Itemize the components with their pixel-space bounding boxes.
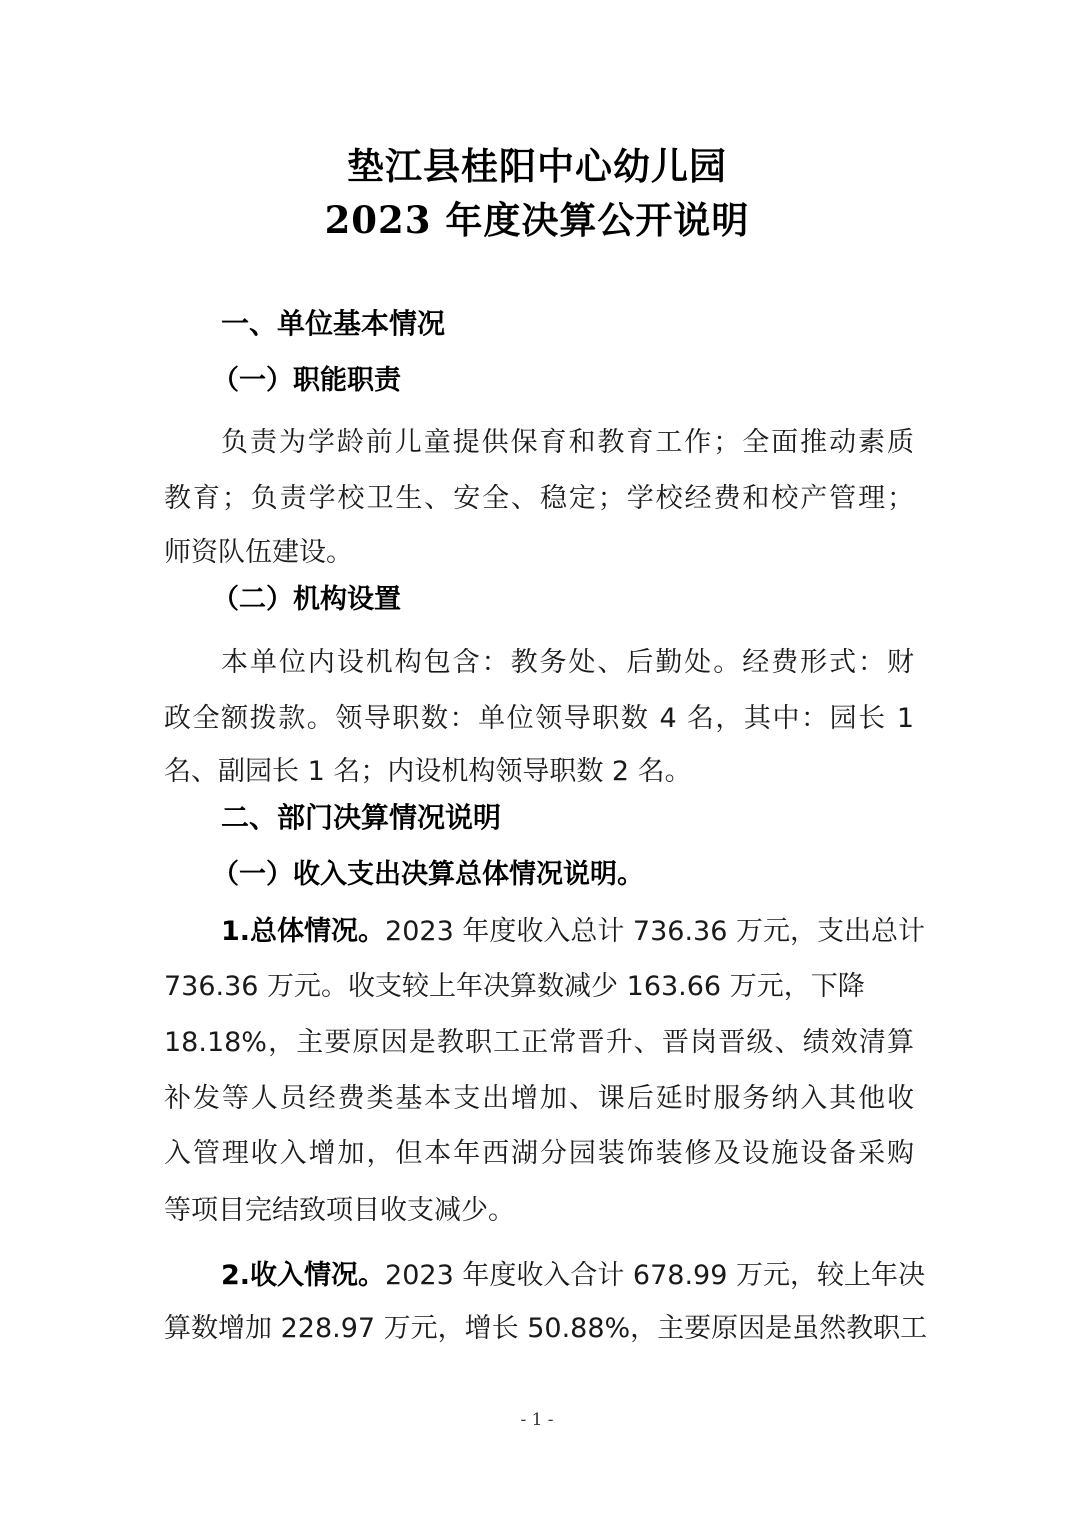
item-1-first-line: 1.总体情况。 2023 年度收入总计 736.36 万元，支出总计	[221, 909, 914, 948]
paragraph-line: 本单位内设机构包含：教务处、后勤处。经费形式：财	[221, 640, 914, 679]
section-2-heading: 二、部门决算情况说明	[221, 796, 971, 836]
paragraph-line: 入管理收入增加，但本年西湖分园装饰装修及设施设备采购	[164, 1131, 914, 1170]
paragraph-line: 算数增加 228.97 万元，增长 50.88%，主要原因是虽然教职工	[164, 1306, 914, 1345]
section-1-heading: 一、单位基本情况	[221, 302, 971, 342]
paragraph-line: 18.18%，主要原因是教职工正常晋升、晋岗晋级、绩效清算	[164, 1020, 914, 1059]
paragraph-line: 负责为学龄前儿童提供保育和教育工作；全面推动素质	[221, 420, 914, 459]
document-title-line-1: 垫江县桂阳中心幼儿园	[0, 136, 1074, 190]
item-2-text: 2023 年度收入合计 678.99 万元，较上年决	[385, 1253, 925, 1292]
item-2-label: 2.收入情况。	[221, 1253, 385, 1292]
item-2-first-line: 2.收入情况。 2023 年度收入合计 678.99 万元，较上年决	[221, 1253, 914, 1292]
document-page: 垫江县桂阳中心幼儿园 2023 年度决算公开说明 一、单位基本情况 （一）职能职…	[0, 0, 1074, 1520]
paragraph-line: 等项目完结致项目收支减少。	[164, 1188, 914, 1227]
paragraph-line: 补发等人员经费类基本支出增加、课后延时服务纳入其他收	[164, 1076, 914, 1115]
paragraph-line: 736.36 万元。收支较上年决算数减少 163.66 万元，下降	[164, 964, 914, 1003]
item-1-label: 1.总体情况。	[221, 909, 385, 948]
paragraph-line: 名、副园长 1 名；内设机构领导职数 2 名。	[164, 749, 914, 788]
document-title-line-2: 2023 年度决算公开说明	[0, 190, 1074, 244]
section-1-sub-2-heading: （二）机构设置	[212, 577, 962, 616]
paragraph-line: 政全额拨款。领导职数：单位领导职数 4 名，其中：园长 1	[164, 696, 914, 735]
paragraph-line: 师资队伍建设。	[164, 530, 914, 569]
item-1-text: 2023 年度收入总计 736.36 万元，支出总计	[385, 909, 925, 948]
page-number: - 1 -	[0, 1410, 1074, 1430]
paragraph-line: 教育；负责学校卫生、安全、稳定；学校经费和校产管理；	[164, 476, 914, 515]
section-1-sub-1-heading: （一）职能职责	[212, 358, 962, 397]
section-2-sub-1-heading: （一）收入支出决算总体情况说明。	[212, 852, 962, 891]
